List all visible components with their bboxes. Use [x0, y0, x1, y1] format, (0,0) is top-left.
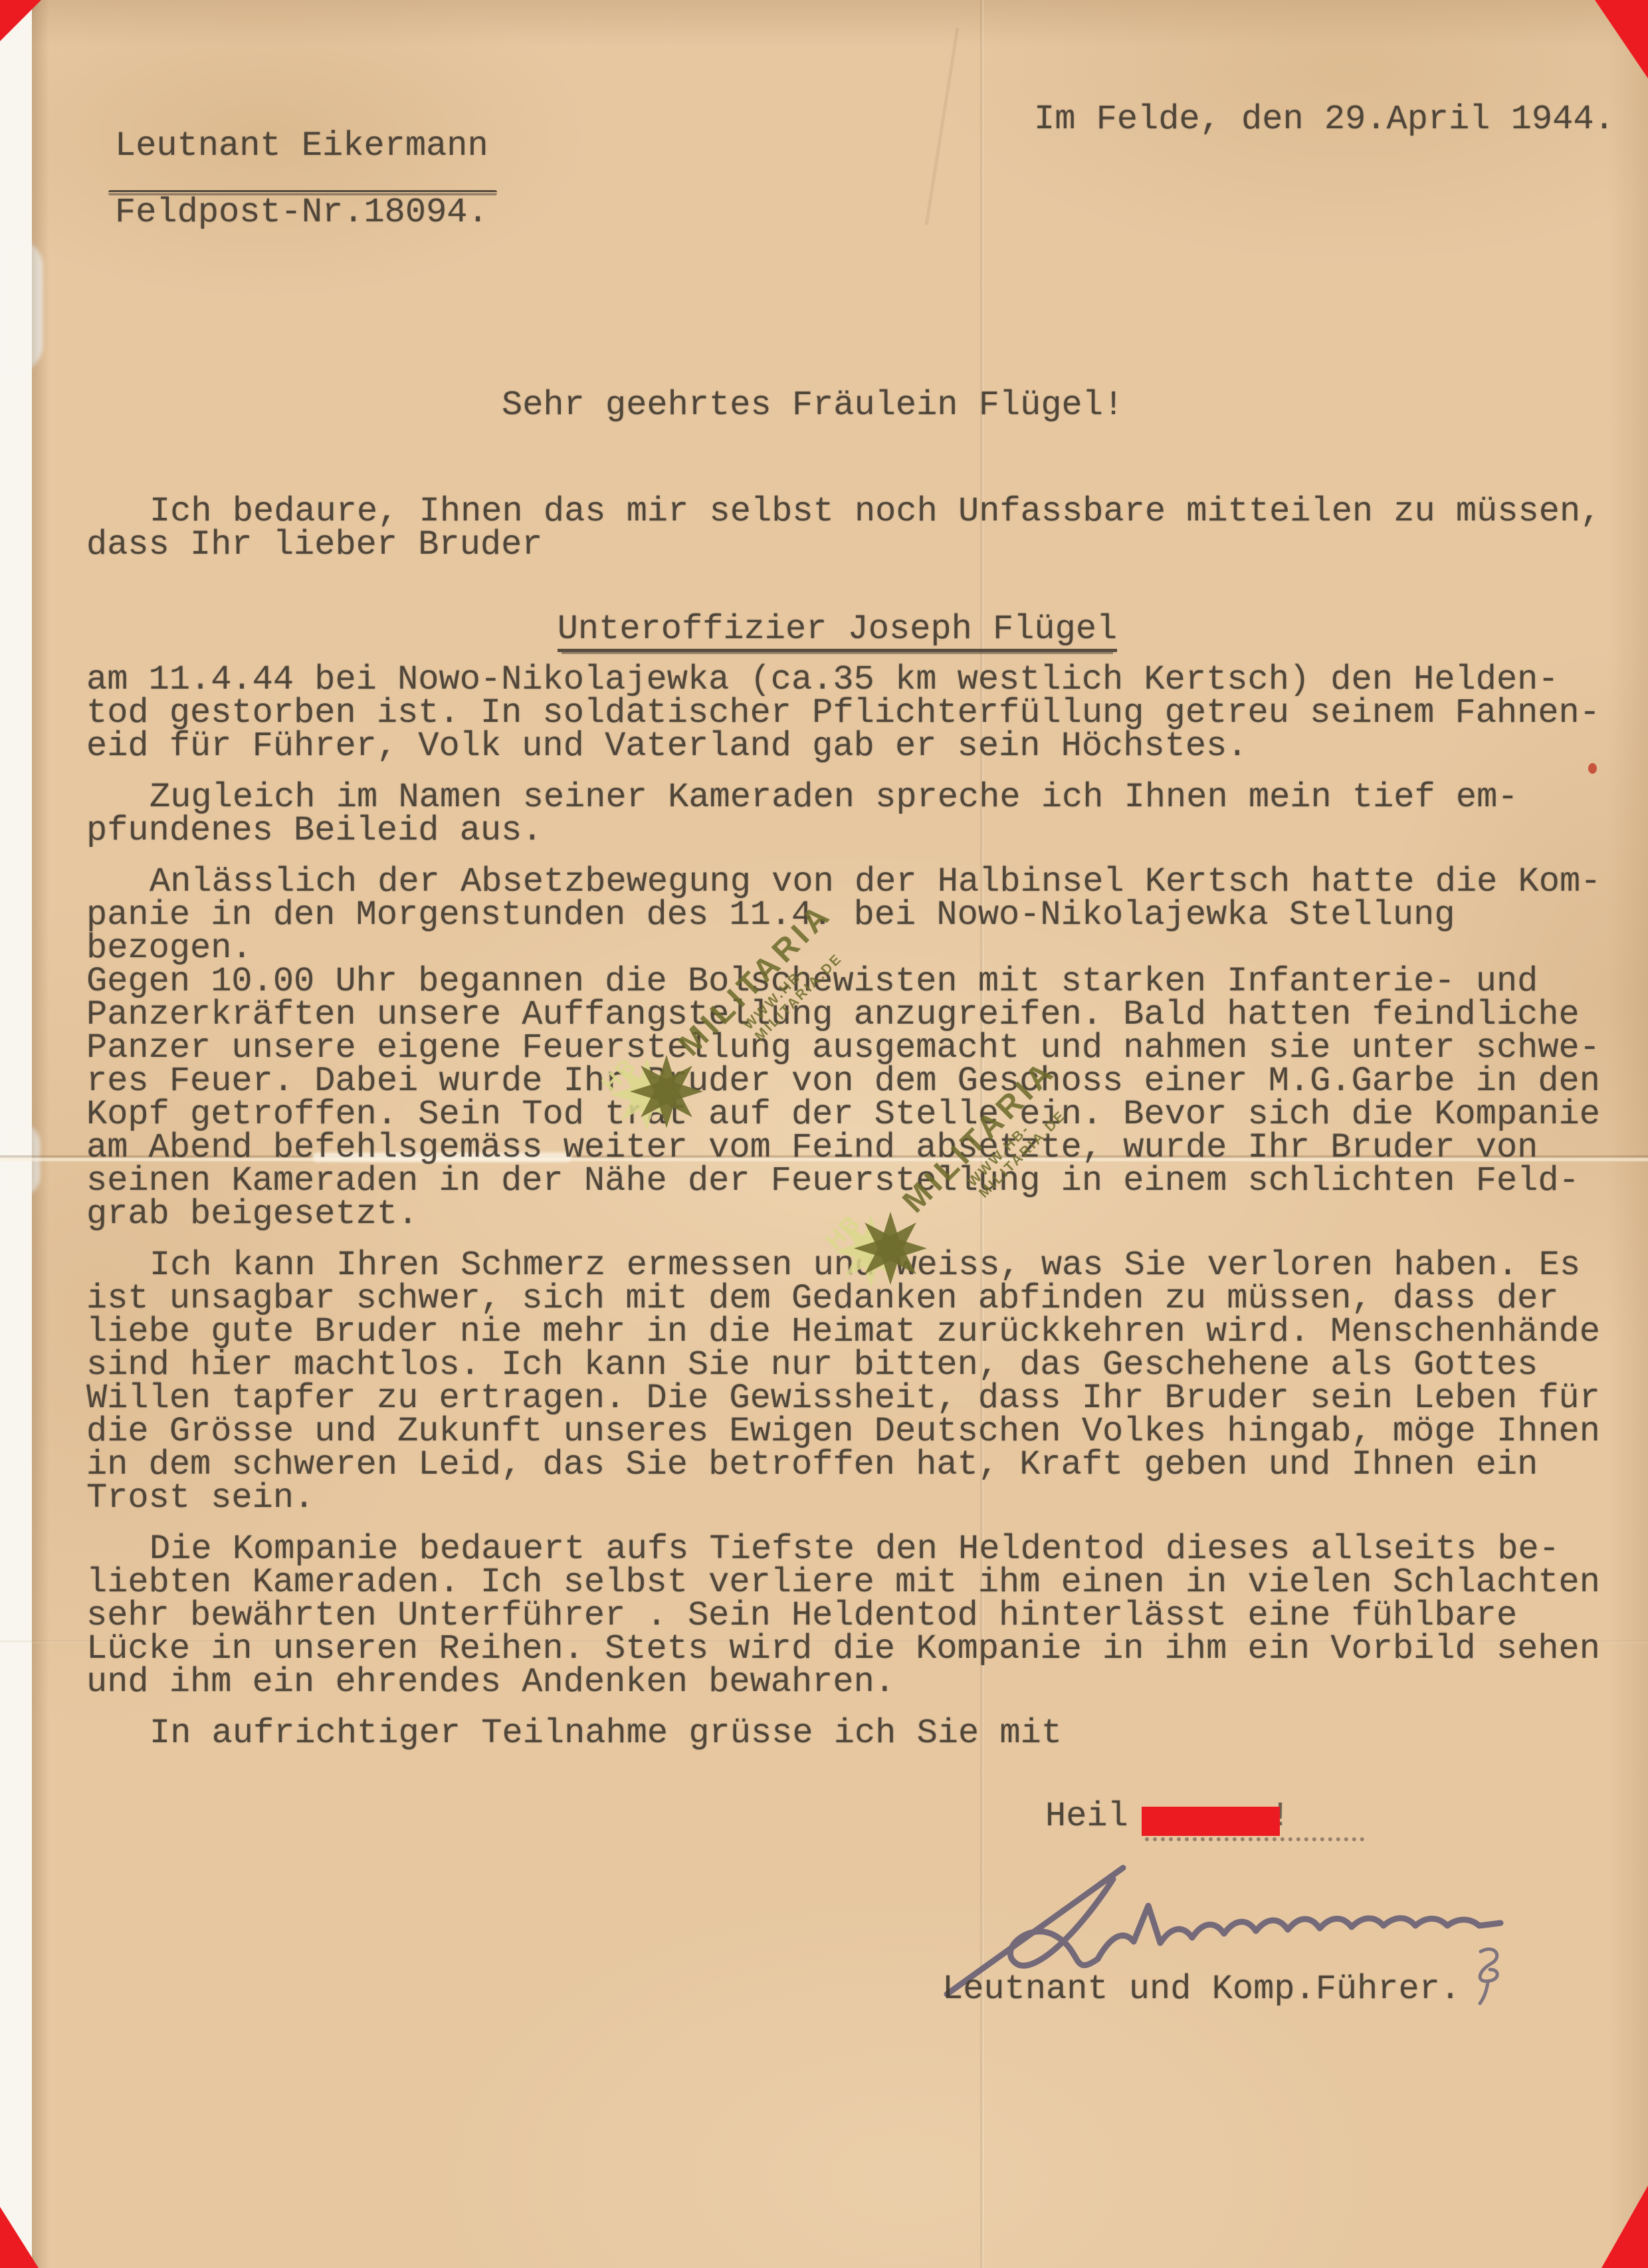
sender-underline — [108, 190, 497, 195]
fallen-name: Unteroffizier Joseph Flügel — [558, 613, 1118, 652]
sender-feldpost-number: Feldpost-Nr.18094. — [115, 196, 488, 229]
paragraph-condolence: Zugleich im Namen seiner Kameraden sprec… — [86, 781, 1635, 848]
dateline: Im Felde, den 29.April 1944. — [1034, 103, 1615, 136]
diagonal-crease — [925, 27, 960, 225]
redacted-letter-remnants — [1145, 1837, 1364, 1841]
paper-edge-shadow — [32, 0, 49, 2268]
paragraph-death: am 11.4.44 bei Nowo-Nikolajewka (ca.35 k… — [86, 663, 1635, 763]
paragraph-comfort: Ich kann Ihren Schmerz ermessen und weis… — [86, 1249, 1635, 1515]
sender-name: Leutnant Eikermann — [115, 130, 488, 163]
redaction-bar — [1142, 1807, 1280, 1836]
red-corner-mark-bottom-right — [1601, 2186, 1648, 2268]
signature-flourish — [1461, 1942, 1514, 2009]
red-corner-mark-top-right — [1595, 0, 1648, 78]
sender-block: Leutnant Eikermann Feldpost-Nr.18094. — [115, 96, 488, 263]
salutation: Sehr geehrtes Fräulein Flügel! — [502, 389, 1124, 422]
signature-typed-title: Leutnant und Komp.Führer. — [942, 1973, 1461, 2006]
paragraph-closing: In aufrichtiger Teilnahme grüsse ich Sie… — [86, 1717, 1635, 1750]
letter-body: Ich bedaure, Ihnen das mir selbst noch U… — [86, 495, 1635, 1750]
letter-scan-page: Leutnant Eikermann Feldpost-Nr.18094. Im… — [0, 0, 1648, 2268]
closing-heil-line: Heil ! — [1045, 1800, 1378, 1860]
paragraph-battle-account: Anlässlich der Absetzbewegung von der Ha… — [86, 865, 1635, 1231]
heil-word: Heil — [1045, 1800, 1128, 1833]
fallen-name-line: Unteroffizier Joseph Flügel — [86, 580, 1588, 652]
paragraph-intro: Ich bedaure, Ihnen das mir selbst noch U… — [86, 495, 1635, 562]
paragraph-company-tribute: Die Kompanie bedauert aufs Tiefste den H… — [86, 1533, 1635, 1699]
